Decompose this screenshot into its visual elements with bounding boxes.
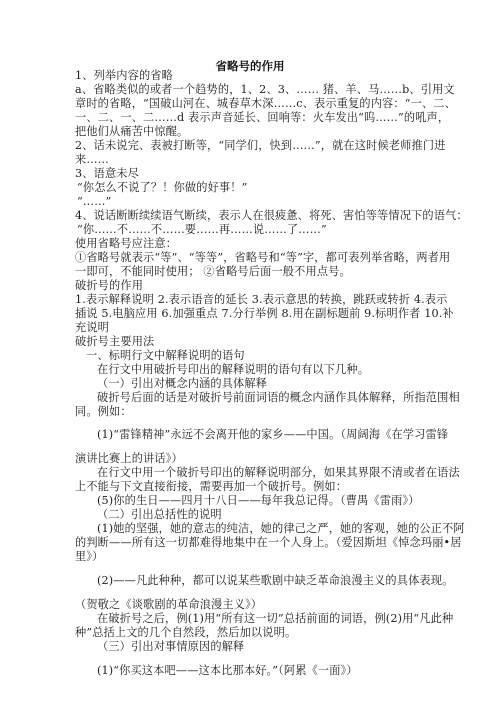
quote-line: “你……不……不……要……再……说……了……” [77, 223, 327, 237]
paragraph-line: 插说 5.电脑应用 6.加强重点 7.分行举例 8.用在副标题前 9.标明作者 … [75, 307, 454, 321]
paragraph-line: 种”总括上文的几个自然段，然后加以说明。 [75, 626, 296, 640]
paragraph-line: 2、话未说完、表被打断等，“同学们，快到……”，就在这时候老师推门进 [75, 139, 445, 153]
example-line: (2)——凡此种种，都可以说某些歌剧中缺乏革命浪漫主义的具体表现。 [97, 574, 453, 588]
paragraph-line: 来…… [75, 153, 109, 167]
example-line: 的判断——所有这一切都难得地集中在一个人身上。（爱因斯坦《悼念玛丽•居 [75, 536, 462, 550]
example-line: 里》） [75, 550, 103, 564]
paragraph-line: ①省略号就表示“等”、“等等”，省略号和“等”字，都可表列举省略，两者用 [75, 251, 450, 265]
example-line: 演讲比赛上的讲话》） [75, 452, 183, 466]
document-page: 省略号的作用 1、列举内容的省略 a、省略类似的或者一个趋势的，1、2、3、……… [0, 0, 500, 708]
quote-line: “……” [77, 195, 111, 209]
paragraph-line: 1.表示解释说明 2.表示语音的延长 3.表示意思的转换，跳跃或转折 4.表示 [75, 293, 447, 307]
paragraph-line: 在行文中用破折号印出的解释说明的语句有以下几种。 [97, 363, 369, 377]
section-heading-usage-notes: 使用省略号应注意： [75, 237, 177, 251]
section-heading-dash-main-usage: 破折号主要用法 [75, 335, 154, 349]
section-heading-dash-functions: 破折号的作用 [75, 279, 143, 293]
example-line: (1)“雷锋精神”永远不会离开他的家乡——中国。（周阔海《在学习雷锋 [97, 428, 448, 442]
paragraph-line: 在行文中用一个破折号印出的解释说明部分，如果其界限不清或者在语法 [97, 466, 460, 480]
paragraph-line: 4、说话断断续续语气断续，表示人在很疲惫、将死、害怕等等情况下的语气： [75, 209, 468, 223]
subsection-heading: （二）引出总括性的说明 [97, 508, 222, 522]
paragraph-line: a、省略类似的或者一个趋势的，1、2、3、…… 猪、羊、马……b、引用文 [75, 83, 455, 97]
section-heading-ellipsis-listing: 1、列举内容的省略 [75, 69, 173, 83]
subsection-heading: 一、标明行文中解释说明的语句 [86, 349, 245, 363]
paragraph-line: 把他们从痛苦中惊醒。 [75, 125, 188, 139]
subsection-heading: （三）引出对事情原因的解释 [97, 640, 244, 654]
paragraph-line: 破折号后面的话是对破折号前面词语的概念内涵作具体解释，所指范围相 [97, 391, 460, 405]
paragraph-line: 同。例如： [75, 405, 132, 419]
paragraph-line: 一即可，不能同时使用； ②省略号后面一般不用点号。 [75, 265, 351, 279]
example-line: (1)“你买这本吧——这本比那本好。”（阿累《一面》） [97, 664, 358, 678]
example-line: (5)你的生日——四月十八日——每年我总记得。（曹禺《雷雨》） [97, 494, 420, 508]
paragraph-line: 一、二、一、二……d 表示声音延长、回响等：火车发出“呜……”的吼声， [75, 111, 449, 125]
paragraph-line: 上不能与下文直接衔接，需要再加一个破折号。例如： [75, 480, 347, 494]
quote-line: “你怎么不说了？！你做的好事！” [77, 181, 247, 195]
example-line: (1)她的坚强，她的意志的纯洁，她的律己之严，她的客观，她的公正不阿 [97, 522, 465, 536]
paragraph-line: 在破折号之后，例(1)用“所有这一切”总括前面的词语，例(2)用“凡此种 [97, 612, 453, 626]
paragraph-line: 充说明 [75, 321, 109, 335]
example-source-line: （贺敬之《谈歌剧的革命浪漫主义》） [75, 598, 262, 612]
subsection-heading: （一）引出对概念内涵的具体解释 [97, 377, 267, 391]
paragraph-line: 章时的省略，“国破山河在、城春草木深……c、表示重复的内容：“一、二、 [75, 97, 456, 111]
section-heading-unfinished-meaning: 3、语意未尽 [75, 167, 139, 181]
